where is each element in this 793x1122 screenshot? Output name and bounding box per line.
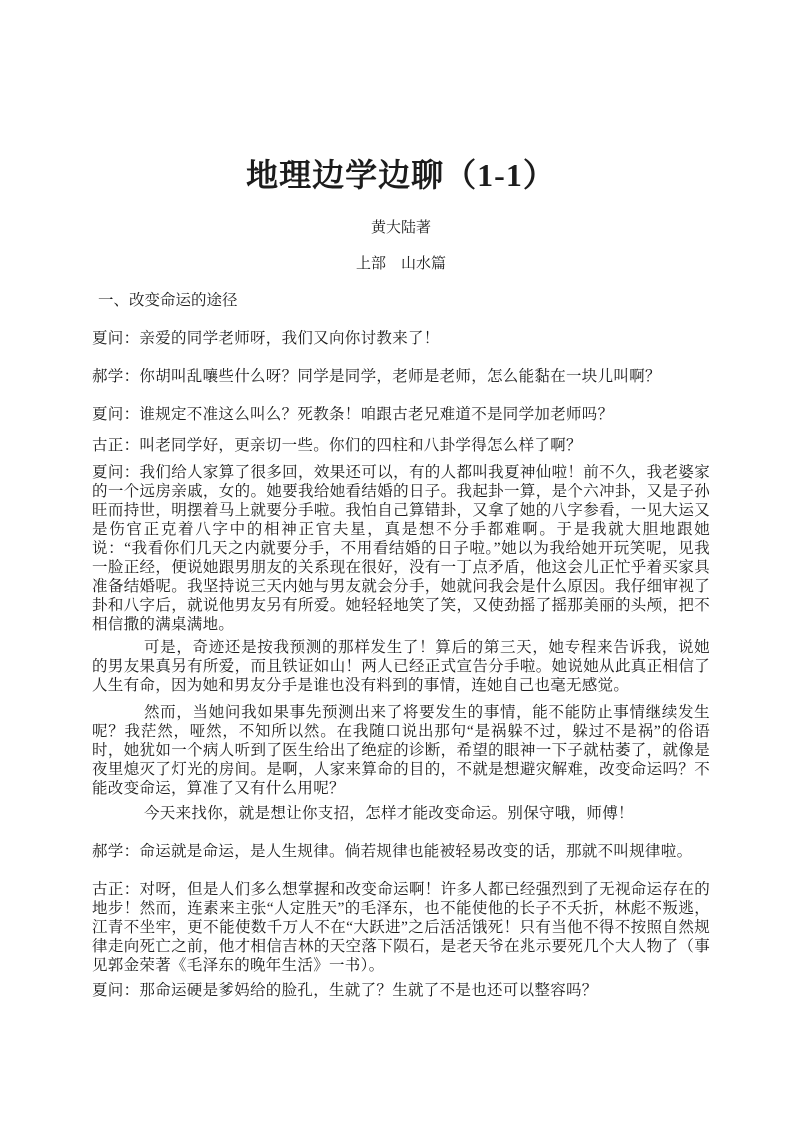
paragraph: 郝学：命运就是命运，是人生规律。倘若规律也能被轻易改变的话，那就不叫规律啦。 xyxy=(92,842,710,861)
paragraph: 古正：对呀，但是人们多么想掌握和改变命运啊！许多人都已经强烈到了无视命运存在的地… xyxy=(92,880,710,975)
section-heading: 一、改变命运的途径 xyxy=(92,291,710,310)
paragraph: 古正：叫老同学好，更亲切一些。你们的四柱和八卦学得怎么样了啊？ xyxy=(92,436,710,455)
part-title: 上部 山水篇 xyxy=(92,255,710,274)
paragraph: 可是，奇迹还是按我预测的那样发生了！算后的第三天，她专程来告诉我，说她的男友果真… xyxy=(92,638,710,695)
paragraph: 夏问：亲爱的同学老师呀，我们又向你讨教来了！ xyxy=(92,329,710,348)
document-page: 地理边学边聊（1-1） 黄大陆著 上部 山水篇 一、改变命运的途径 夏问：亲爱的… xyxy=(0,0,793,1122)
paragraph: 夏问：那命运硬是爹妈给的脸孔，生就了？生就了不是也还可以整容吗？ xyxy=(92,981,710,1000)
paragraph: 夏问：我们给人家算了很多回，效果还可以，有的人都叫我夏神仙啦！前不久，我老婆家的… xyxy=(92,463,710,634)
paragraph: 今天来找你，就是想让你支招，怎样才能改变命运。别保守哦，师傅！ xyxy=(92,804,710,823)
paragraph: 夏问：谁规定不准这么叫么？死教条！咱跟古老兄难道不是同学加老师吗？ xyxy=(92,405,710,424)
paragraph: 郝学：你胡叫乱嚷些什么呀？同学是同学，老师是老师，怎么能黏在一块儿叫啊？ xyxy=(92,367,710,386)
page-title: 地理边学边聊（1-1） xyxy=(92,153,710,197)
paragraph: 然而，当她问我如果事先预测出来了将要发生的事情，能不能防止事情继续发生呢？我茫然… xyxy=(92,703,710,798)
byline: 黄大陆著 xyxy=(92,219,710,238)
